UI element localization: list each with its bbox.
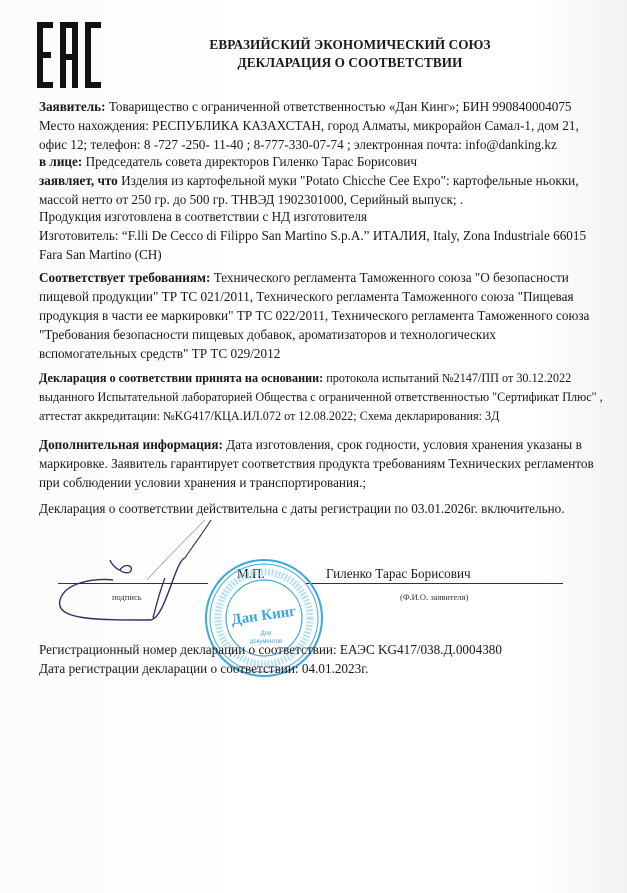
applicant-name: Товарищество с ограниченной ответственно…	[106, 99, 572, 114]
eac-mark-icon	[37, 22, 101, 88]
declares-section: заявляет, что Изделия из картофельной му…	[39, 171, 599, 209]
registration-number: Регистрационный номер декларации о соотв…	[39, 640, 599, 659]
additional-info-text: маркировке. Заявитель гарантирует соотве…	[39, 454, 599, 473]
declares-label: заявляет, что	[39, 173, 118, 188]
applicant-section: Заявитель: Товарищество с ограниченной о…	[39, 97, 599, 154]
validity-text: Декларация о соответствии действительна …	[39, 499, 599, 518]
basis-laboratory: выданного Испытательной лабораторией Общ…	[39, 388, 599, 407]
additional-info-text: Дата изготовления, срок годности, услови…	[223, 437, 582, 452]
applicant-address: Место нахождения: РЕСПУБЛИКА КАЗАХСТАН, …	[39, 116, 599, 135]
additional-info-section: Дополнительная информация: Дата изготовл…	[39, 435, 599, 492]
signer-name: Гиленко Тарас Борисович	[326, 564, 471, 583]
representative-name: Председатель совета директоров Гиленко Т…	[82, 154, 417, 169]
stamp-subtext: Для	[261, 631, 272, 637]
production-section: Продукция изготовлена в соответствии с Н…	[39, 207, 599, 264]
basis-label: Декларация о соответствии принята на осн…	[39, 371, 323, 385]
additional-info-text: при соблюдении условии хранения и трансп…	[39, 473, 599, 492]
validity-section: Декларация о соответствии действительна …	[39, 499, 599, 518]
requirements-section: Соответствует требованиям: Технического …	[39, 268, 599, 363]
applicant-label: Заявитель:	[39, 99, 106, 114]
basis-protocol: протокола испытаний №2147/ПП от 30.12.20…	[323, 371, 571, 385]
document-header: ЕВРАЗИЙСКИЙ ЭКОНОМИЧЕСКИЙ СОЮЗ ДЕКЛАРАЦИ…	[200, 36, 500, 72]
stamp-company-name: Дан Кинг	[230, 604, 297, 629]
representative-label: в лице:	[39, 154, 82, 169]
basis-accreditation: аттестат аккредитации: №KG417/КЦА.ИЛ.072…	[39, 407, 599, 426]
requirements-text: "Требования безопасности пищевых добавок…	[39, 325, 599, 344]
manufacturer-location: Fara San Martino (CH)	[39, 245, 599, 264]
union-title: ЕВРАЗИЙСКИЙ ЭКОНОМИЧЕСКИЙ СОЮЗ	[200, 36, 500, 54]
name-caption: (Ф.И.О. заявителя)	[400, 588, 468, 607]
production-standard: Продукция изготовлена в соответствии с Н…	[39, 207, 599, 226]
basis-section: Декларация о соответствии принята на осн…	[39, 369, 599, 426]
representative-section: в лице: Председатель совета директоров Г…	[39, 152, 599, 171]
manufacturer: Изготовитель: “F.lli De Cecco di Filippo…	[39, 226, 599, 245]
product-description: Изделия из картофельной муки "Potato Chi…	[118, 173, 579, 188]
document-title: ДЕКЛАРАЦИЯ О СООТВЕТСТВИИ	[200, 54, 500, 72]
registration-section: Регистрационный номер декларации о соотв…	[39, 640, 599, 678]
declaration-page: ЕВРАЗИЙСКИЙ ЭКОНОМИЧЕСКИЙ СОЮЗ ДЕКЛАРАЦИ…	[0, 0, 627, 893]
requirements-text: вспомогательных средств" ТР ТС 029/2012	[39, 344, 599, 363]
handwritten-signature-icon	[55, 520, 215, 630]
registration-date: Дата регистрации декларации о соответств…	[39, 659, 599, 678]
name-line	[305, 583, 563, 584]
requirements-text: Технического регламента Таможенного союз…	[210, 270, 568, 285]
requirements-text: продукция в части ее маркировки" ТР ТС 0…	[39, 306, 599, 325]
additional-info-label: Дополнительная информация:	[39, 437, 223, 452]
requirements-text: пищевой продукции" ТР ТС 021/2011, Техни…	[39, 287, 599, 306]
requirements-label: Соответствует требованиям:	[39, 270, 210, 285]
